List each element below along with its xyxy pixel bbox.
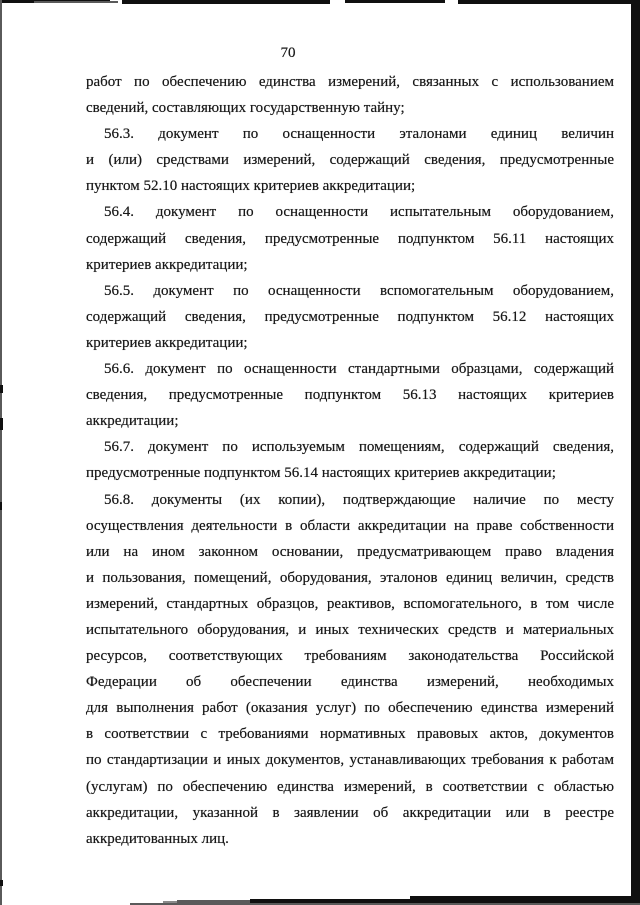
text-line: осуществления деятельности в области акк…	[86, 513, 614, 539]
page-text: работ по обеспечению единства измерений,…	[86, 69, 614, 852]
text-line: 56.8. документы (их копии), подтверждающ…	[86, 487, 614, 513]
text-line: и пользования, помещений, оборудования, …	[86, 565, 614, 591]
text-line: в соответствии с требованиями нормативны…	[86, 721, 614, 747]
text-line: сведений, составляющих государственную т…	[86, 95, 614, 121]
text-line: пунктом 52.10 настоящих критериев аккред…	[86, 173, 614, 199]
scan-edge-top	[458, 0, 632, 4]
page-number: 70	[0, 45, 576, 62]
text-line: или на ином законном основании, предусма…	[86, 539, 614, 565]
document-page: 70 работ по обеспечению единства измерен…	[0, 0, 640, 905]
text-line: 56.6. документ по оснащенности стандартн…	[86, 356, 614, 382]
scan-edge-top	[345, 0, 445, 3]
text-line: 56.4. документ по оснащенности испытател…	[86, 199, 614, 225]
text-line: (услугам) по обеспечению единства измере…	[86, 774, 614, 800]
scan-edge-left	[0, 880, 3, 886]
text-line: 56.3. документ по оснащенности эталонами…	[86, 121, 614, 147]
text-line: по стандартизации и иных документов, уст…	[86, 747, 614, 773]
scan-edge-left	[0, 385, 3, 393]
text-line: измерений, стандартных образцов, реактив…	[86, 591, 614, 617]
text-line: содержащий сведения, предусмотренные под…	[86, 226, 614, 252]
text-line: аккредитации;	[86, 408, 614, 434]
scan-edge-left	[0, 502, 2, 510]
scan-edge-left	[0, 418, 3, 430]
text-line: работ по обеспечению единства измерений,…	[86, 69, 614, 95]
scan-edge-left	[0, 0, 2, 905]
text-line: ресурсов, соответствующих требованиям за…	[86, 643, 614, 669]
text-line: 56.7. документ по используемым помещения…	[86, 434, 614, 460]
text-line: сведения, предусмотренные подпунктом 56.…	[86, 382, 614, 408]
scan-edge-top	[34, 1, 118, 3]
text-line: Федерации об обеспечении единства измере…	[86, 669, 614, 695]
scan-edge-right	[631, 0, 640, 905]
text-line: предусмотренные подпунктом 56.14 настоящ…	[86, 460, 614, 486]
scan-edge-top	[122, 0, 330, 4]
text-line: критериев аккредитации;	[86, 252, 614, 278]
text-line: для выполнения работ (оказания услуг) по…	[86, 695, 614, 721]
text-line: критериев аккредитации;	[86, 330, 614, 356]
text-line: аккредитации, указанной в заявлении об а…	[86, 800, 614, 826]
text-line: испытательного оборудования, и иных техн…	[86, 617, 614, 643]
text-line: 56.5. документ по оснащенности вспомогат…	[86, 278, 614, 304]
text-line: и (или) средствами измерений, содержащий…	[86, 147, 614, 173]
text-line: аккредитованных лиц.	[86, 826, 614, 852]
text-line: содержащий сведения, предусмотренные под…	[86, 304, 614, 330]
